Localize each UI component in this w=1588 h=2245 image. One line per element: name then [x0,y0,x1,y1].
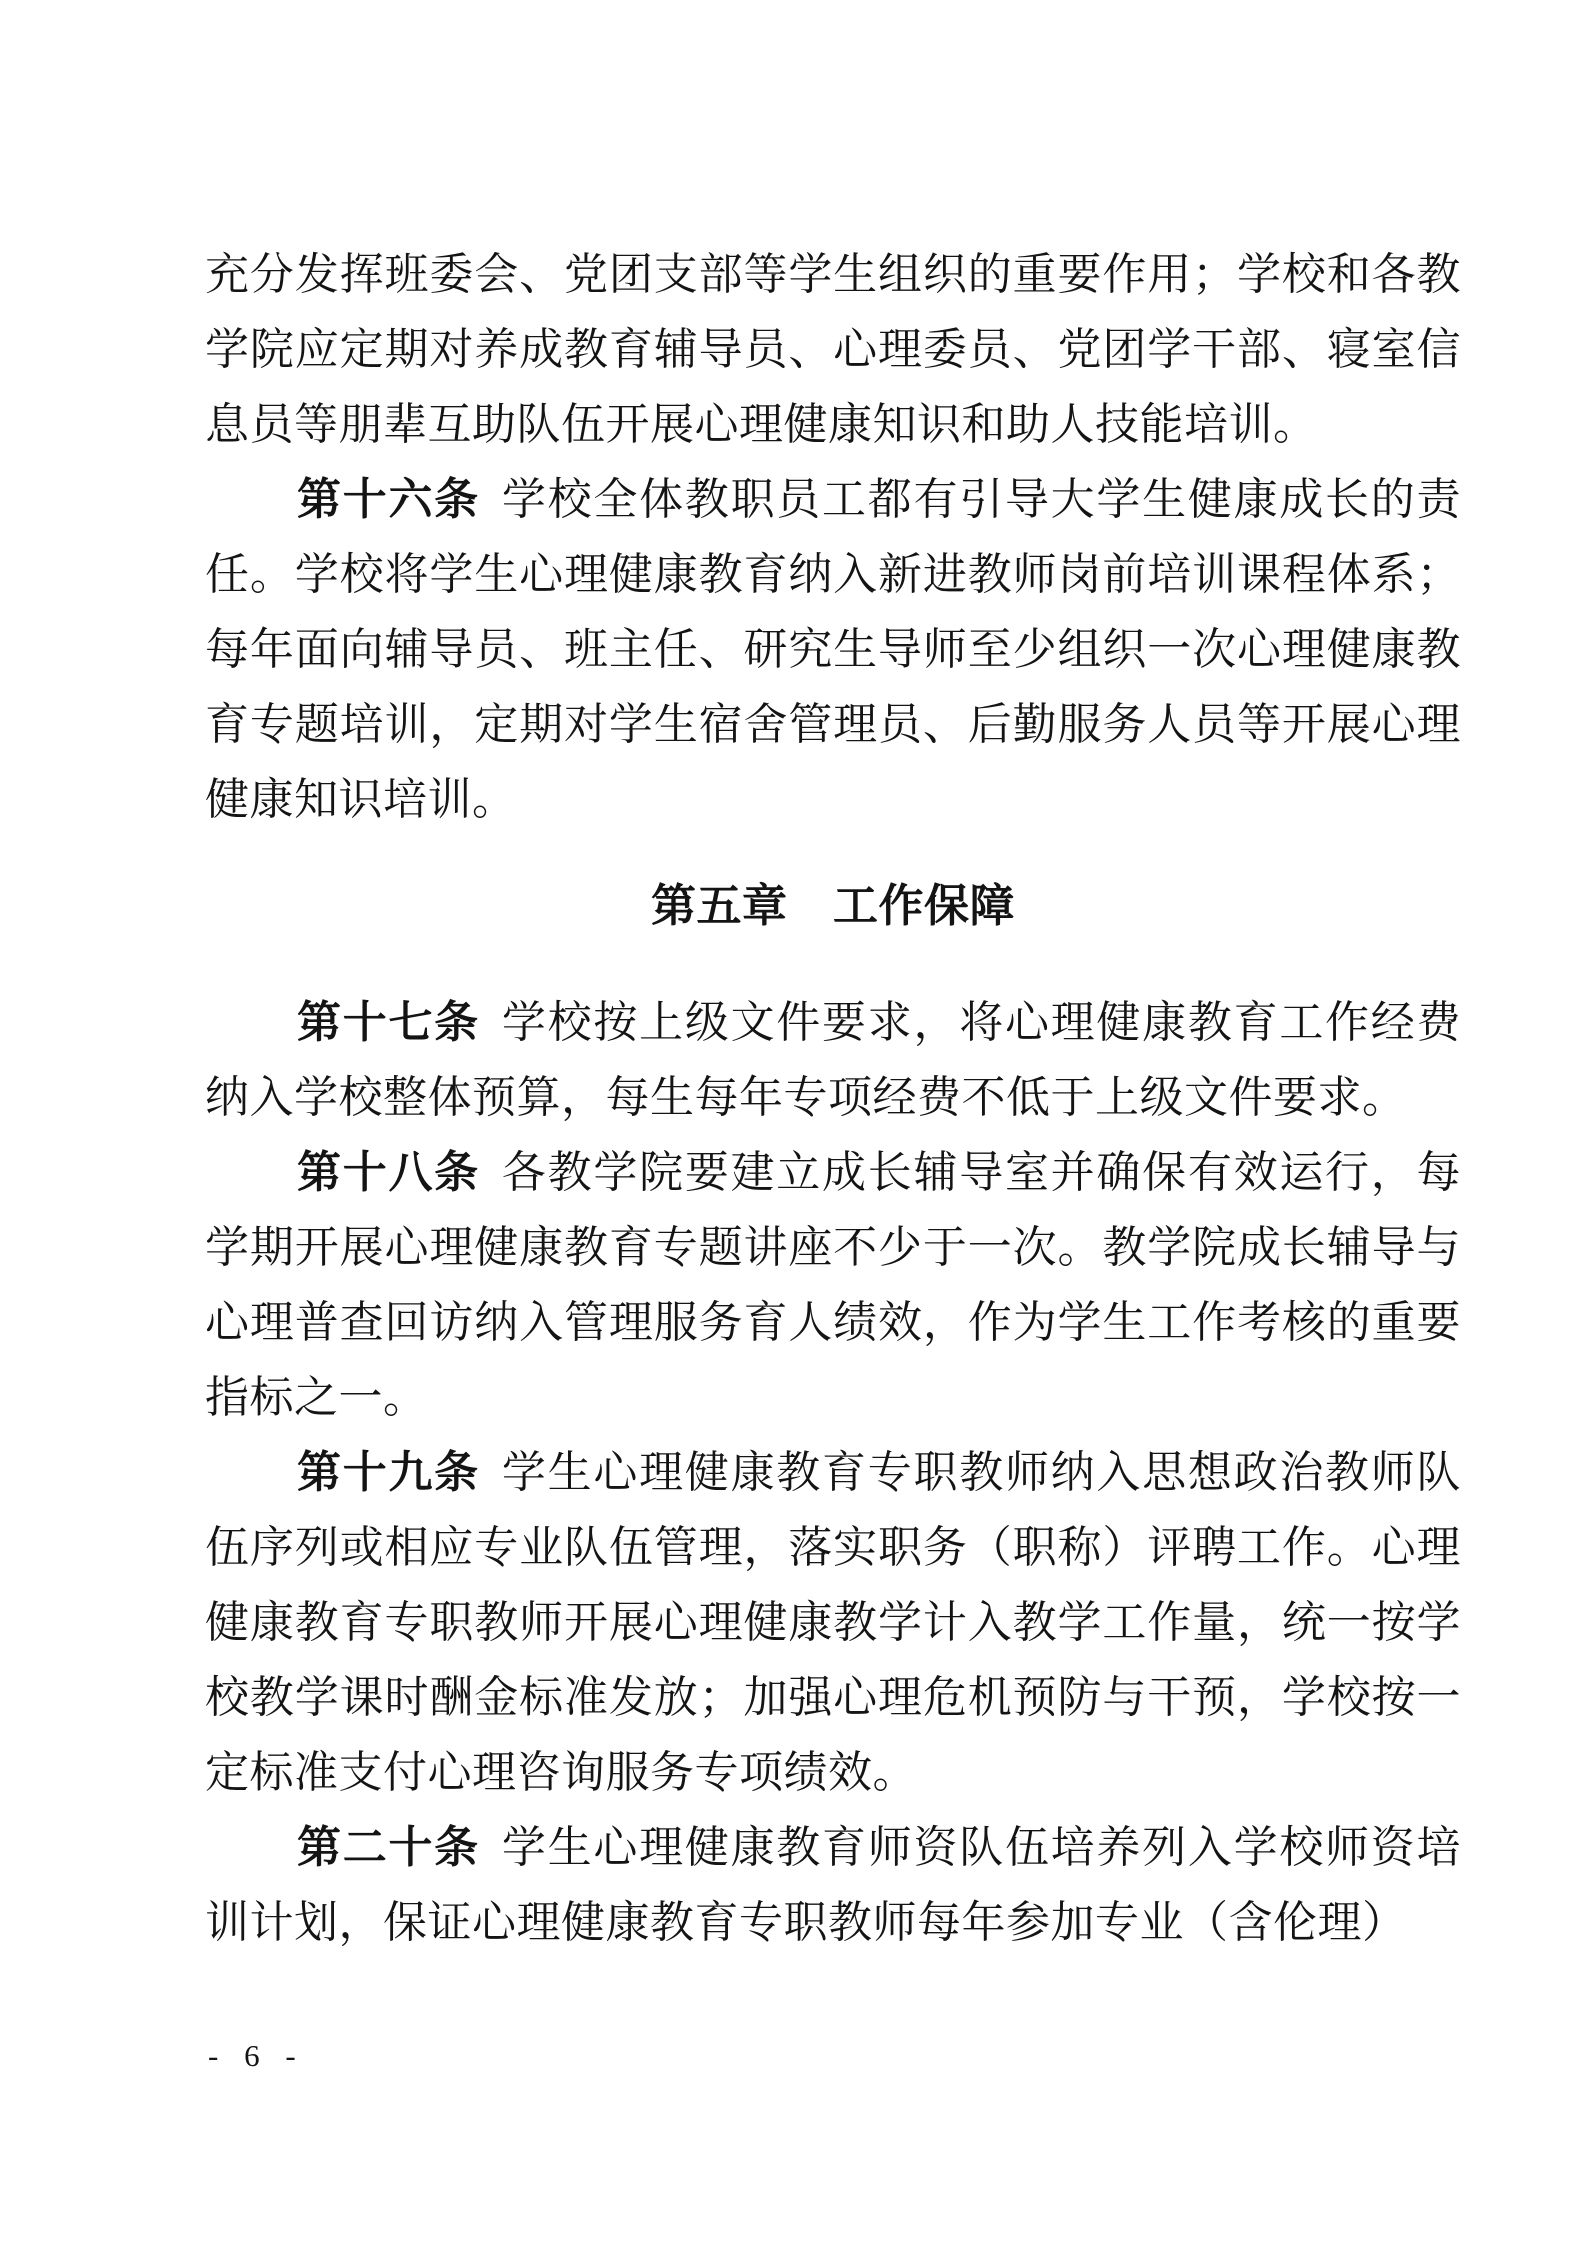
article-18-paragraph: 第十八条各教学院要建立成长辅导室并确保有效运行，每学期开展心理健康教育专题讲座不… [205,1135,1461,1435]
article-20-paragraph: 第二十条学生心理健康教育师资队伍培养列入学校师资培训计划，保证心理健康教育专职教… [205,1810,1461,1960]
document-page: 充分发挥班委会、党团支部等学生组织的重要作用；学校和各教学院应定期对养成教育辅导… [0,0,1588,2245]
article-16-paragraph: 第十六条学校全体教职员工都有引导大学生健康成长的责任。学校将学生心理健康教育纳入… [205,462,1461,837]
paragraph-text: 充分发挥班委会、党团支部等学生组织的重要作用；学校和各教学院应定期对养成教育辅导… [205,250,1461,449]
article-19-number: 第十九条 [297,1448,480,1497]
article-17-number: 第十七条 [297,998,480,1047]
page-number: - 6 - [208,2036,305,2076]
article-16-text: 学校全体教职员工都有引导大学生健康成长的责任。学校将学生心理健康教育纳入新进教师… [205,475,1461,824]
article-18-number: 第十八条 [297,1148,480,1197]
chapter-heading: 第五章 工作保障 [205,868,1461,943]
continuation-paragraph: 充分发挥班委会、党团支部等学生组织的重要作用；学校和各教学院应定期对养成教育辅导… [205,237,1461,462]
document-body: 充分发挥班委会、党团支部等学生组织的重要作用；学校和各教学院应定期对养成教育辅导… [205,237,1461,1960]
article-20-number: 第二十条 [297,1823,480,1872]
article-19-paragraph: 第十九条学生心理健康教育专职教师纳入思想政治教师队伍序列或相应专业队伍管理，落实… [205,1435,1461,1810]
article-17-paragraph: 第十七条学校按上级文件要求，将心理健康教育工作经费纳入学校整体预算，每生每年专项… [205,985,1461,1135]
article-16-number: 第十六条 [297,475,480,524]
article-19-text: 学生心理健康教育专职教师纳入思想政治教师队伍序列或相应专业队伍管理，落实职务（职… [205,1448,1461,1797]
